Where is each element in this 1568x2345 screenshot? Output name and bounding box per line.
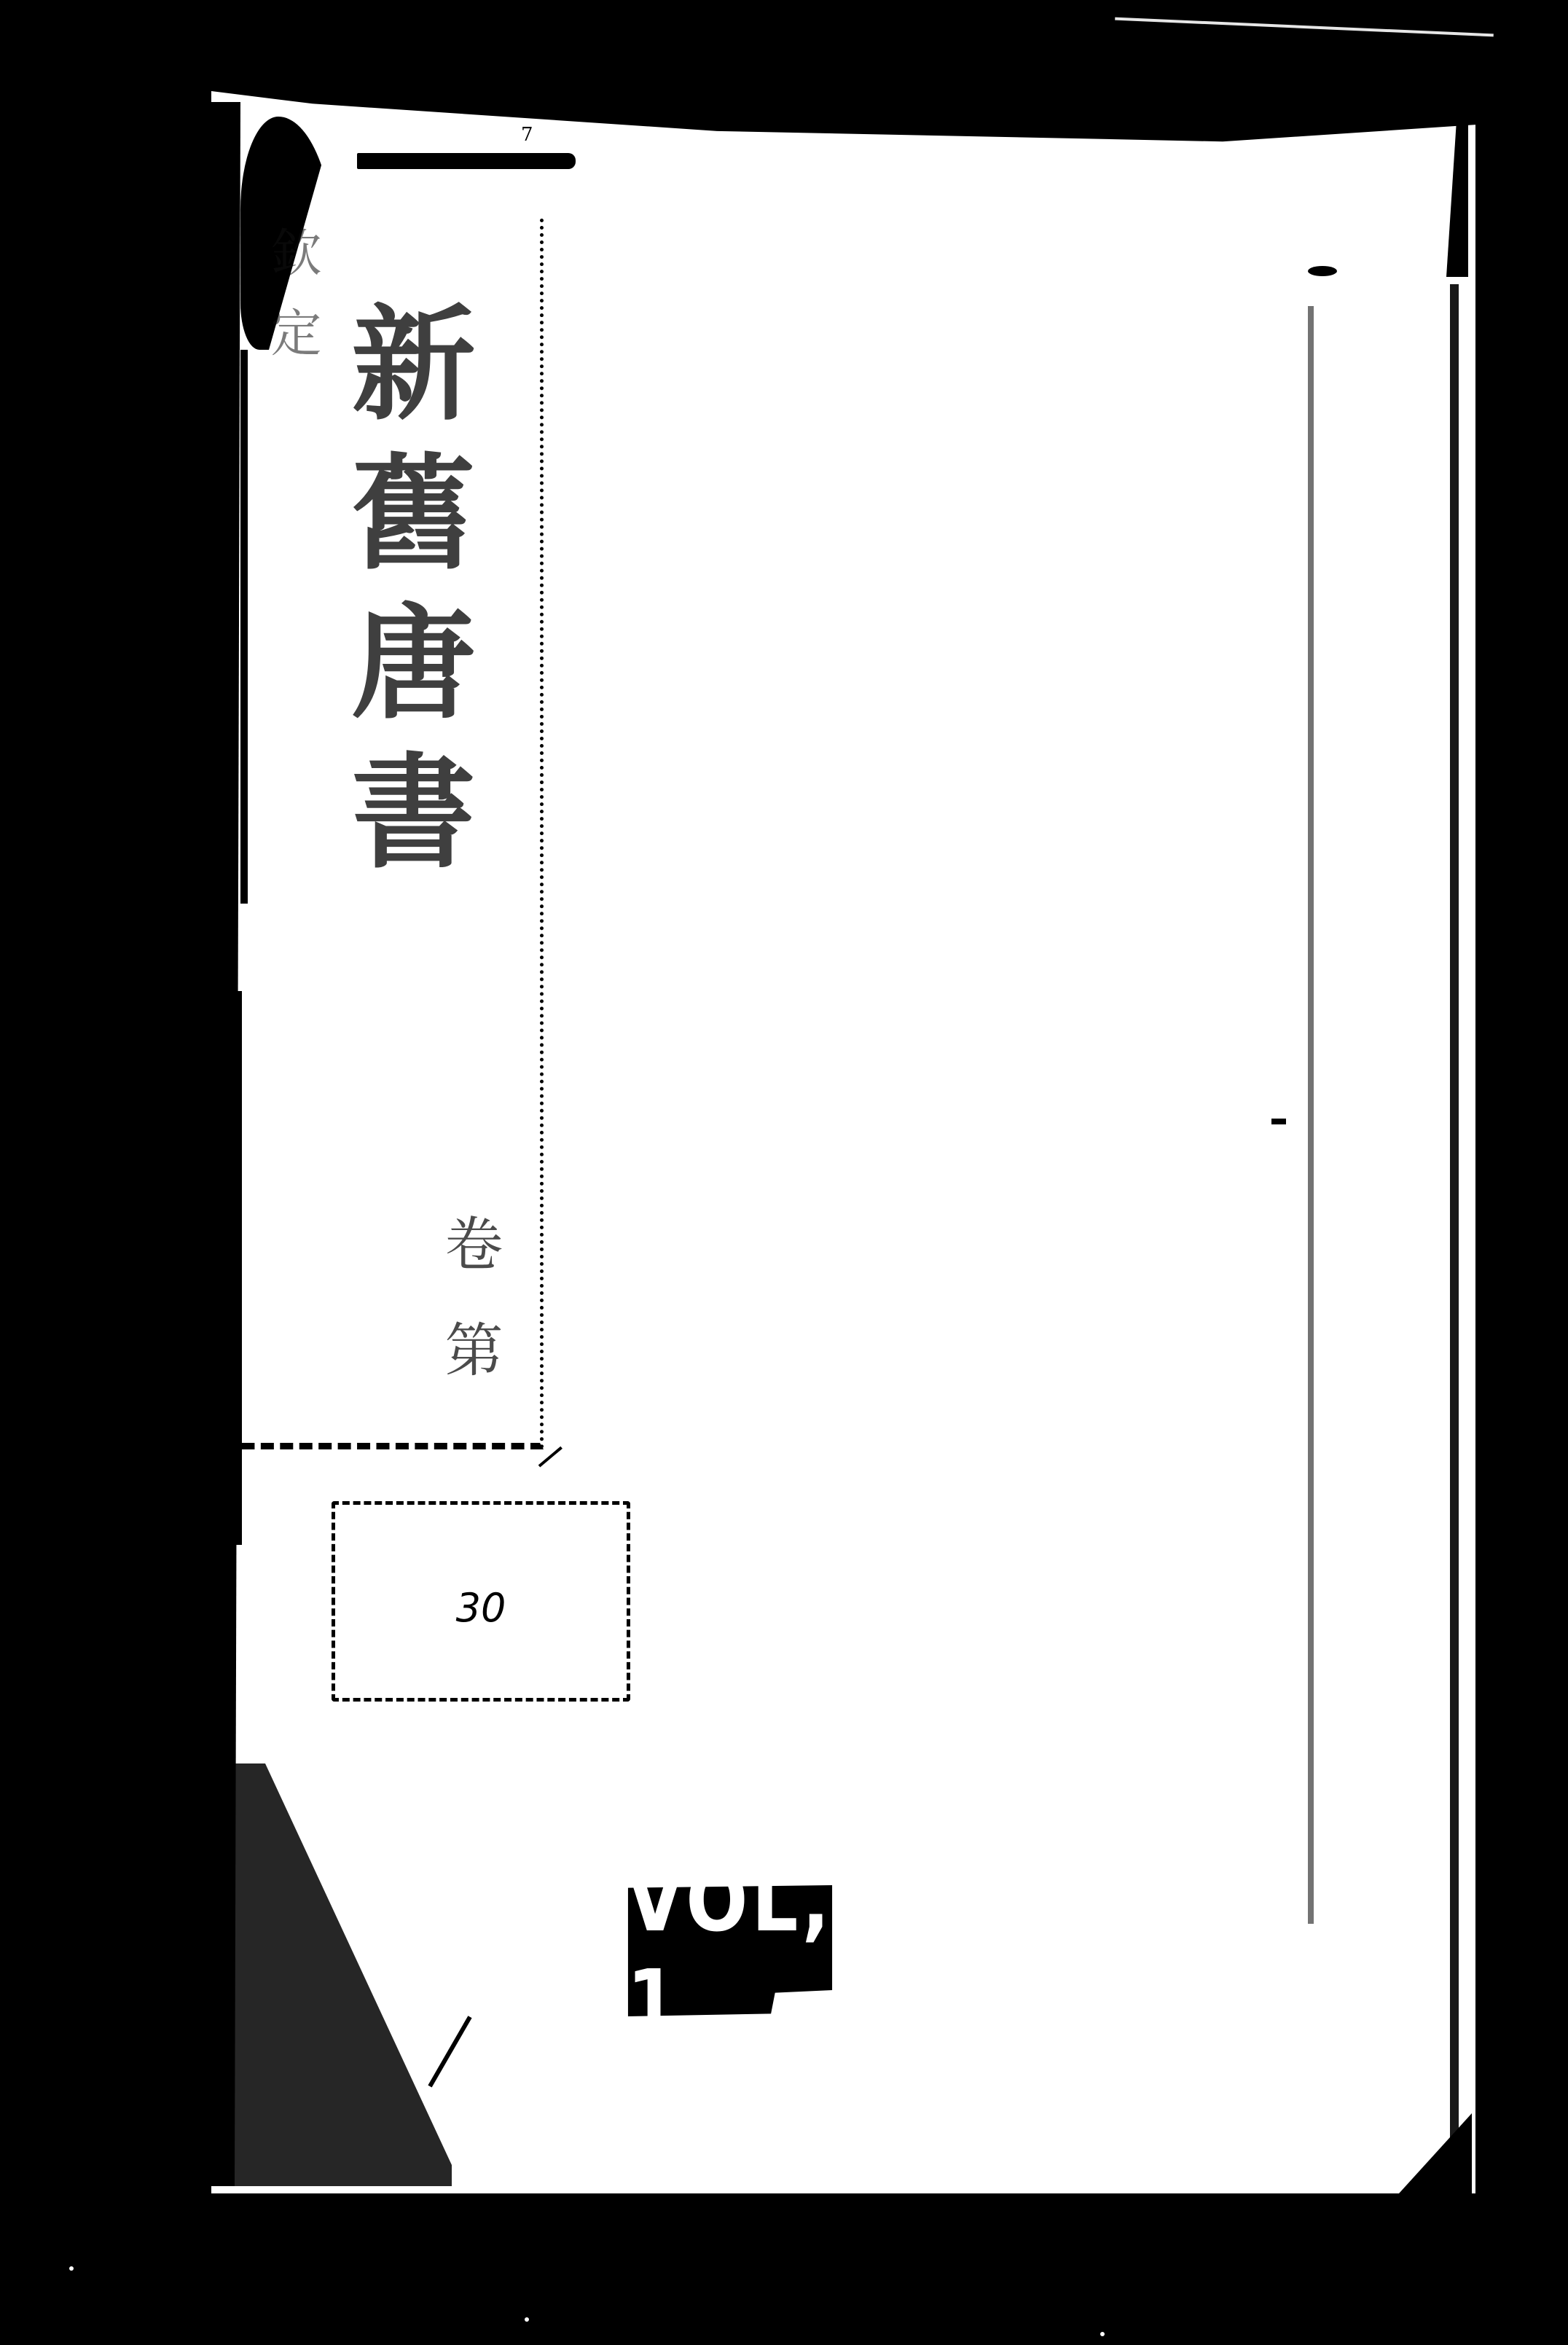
scan-artifact — [1115, 17, 1494, 37]
fold-line — [1308, 306, 1314, 1924]
scan-speck — [1100, 2332, 1105, 2336]
ink-blot — [1271, 1119, 1286, 1124]
book-title: 新舊唐書 — [314, 299, 493, 896]
header-mark — [357, 153, 576, 169]
scan-speck — [69, 2266, 74, 2271]
volume-marker: 卷 第 — [427, 1213, 511, 1392]
call-number-label: 30 — [332, 1501, 630, 1702]
scan-speck — [525, 2317, 529, 2322]
title-label: 欽定 新舊唐書 卷 第 — [222, 219, 544, 1449]
call-number: 30 — [335, 1585, 627, 1631]
edge-wear — [1450, 284, 1459, 2150]
ink-blot — [1308, 266, 1337, 276]
page-number: 7 — [521, 124, 533, 146]
